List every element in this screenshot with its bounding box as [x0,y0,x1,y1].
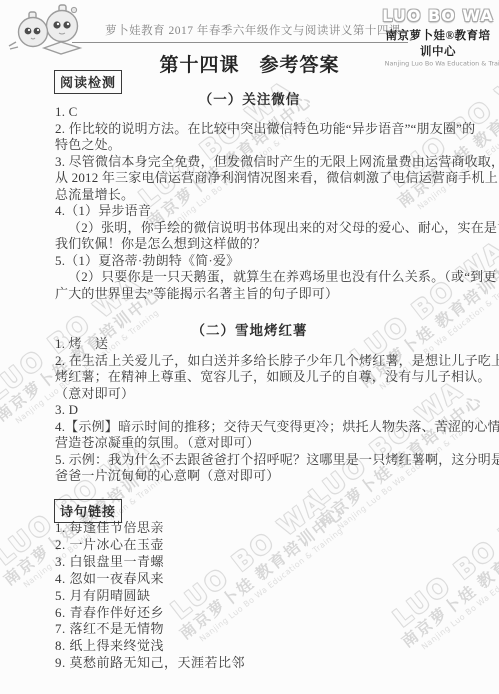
answer-line: 1. C [55,104,475,121]
answer-line: 2. 在生活上关爱儿子，如白送并多给长脖子少年几个烤红薯，是想让儿子吃上 [55,353,475,370]
answer-line: 烤红薯；在精神上尊重、宽容儿子，如顾及儿子的自尊，没有与儿子相认。 [55,369,475,386]
answer-line: 广大的世界里去”等能揭示名著主旨的句子即可） [55,286,475,303]
header-course-line: 萝卜娃教育 2017 年春季六年级作文与阅读讲义第十四课 [72,20,408,43]
poem-line: 6. 青春作伴好还乡 [55,605,475,622]
answer-line: （意对即可） [55,386,475,403]
answer-line: 4.（1）异步语音 [55,203,475,220]
brand-logo: LUO BO WA 南京萝卜娃®教育培训中心 Nanjing Luo Bo Wa… [380,6,496,68]
poem-line: 9. 莫愁前路无知己，天涯若比邻 [55,655,475,672]
radish-babies-icon [4,2,96,58]
answer-line: （2）只要你是一只天鹅蛋，就算生在养鸡场里也没有什么关系。（或“到更 [55,269,475,286]
answer-line: 特色之处。 [55,137,475,154]
worksheet-page: LUO BO WA南京萝卜娃 教育培训中心Nanjing Luo Bo Wa E… [0,0,499,694]
answer-line: 5.（1）夏洛蒂·勃朗特《简·爱》 [55,253,475,270]
brand-org-name-cn: 南京萝卜娃®教育培训中心 [380,27,496,59]
poem-line: 4. 忽如一夜春风来 [55,571,475,588]
answer-line: （2）张明，你手绘的微信说明书体现出来的对父母的爱心、耐心，实在是让 [55,220,475,237]
section-answers-sweet-potato: 1. 烤 送2. 在生活上关爱儿子，如白送并多给长脖子少年几个烤红薯，是想让儿子… [55,336,475,485]
poem-answer-list: 1. 每逢佳节倍思亲2. 一片冰心在玉壶3. 白银盘里一青螺4. 忽如一夜春风来… [55,520,475,672]
poem-line: 2. 一片冰心在玉壶 [55,537,475,554]
answer-line: 总流量增长。 [55,187,475,204]
answer-line: 我们钦佩！你是怎么想到这样做的？ [55,236,475,253]
answer-line: 营造苍凉凝重的氛围。（意对即可） [55,435,475,452]
mascot-illustration [4,2,96,63]
answer-line: 3. 尽管微信本身完全免费，但发微信时产生的无限上网流量费由运营商收取， [55,154,475,171]
poem-line: 1. 每逢佳节倍思亲 [55,520,475,537]
poem-line: 3. 白银盘里一青螺 [55,554,475,571]
answer-line: 1. 烤 送 [55,336,475,353]
answer-line: 5. 示例：我为什么不去跟爸爸打个招呼呢？这哪里是一只烤红薯啊，这分明是 [55,452,475,469]
answer-line: 4.【示例】暗示时间的推移；交待天气变得更冷；烘托人物失落、苦涩的心情； [55,419,475,436]
answer-line: 2. 作比较的说明方法。在比较中突出微信特色功能“异步语音”“朋友圈”的 [55,121,475,138]
section-answers-wechat: 1. C2. 作比较的说明方法。在比较中突出微信特色功能“异步语音”“朋友圈”的… [55,104,475,302]
poem-line: 8. 纸上得来终觉浅 [55,638,475,655]
answer-line: 从 2012 年三家电信运营商净利润情况图来看，微信刺激了电信运营商手机上网 [55,170,475,187]
answer-line: 3. D [55,402,475,419]
brand-bubble-text: LUO BO WA [380,6,496,25]
answer-line: 爸爸一片沉甸甸的心意啊（意对即可） [55,468,475,485]
poem-line: 5. 月有阴晴圆缺 [55,588,475,605]
poem-line: 7. 落红不是无情物 [55,621,475,638]
brand-org-name-en: Nanjing Luo Bo Wa Education & Training [385,60,492,67]
